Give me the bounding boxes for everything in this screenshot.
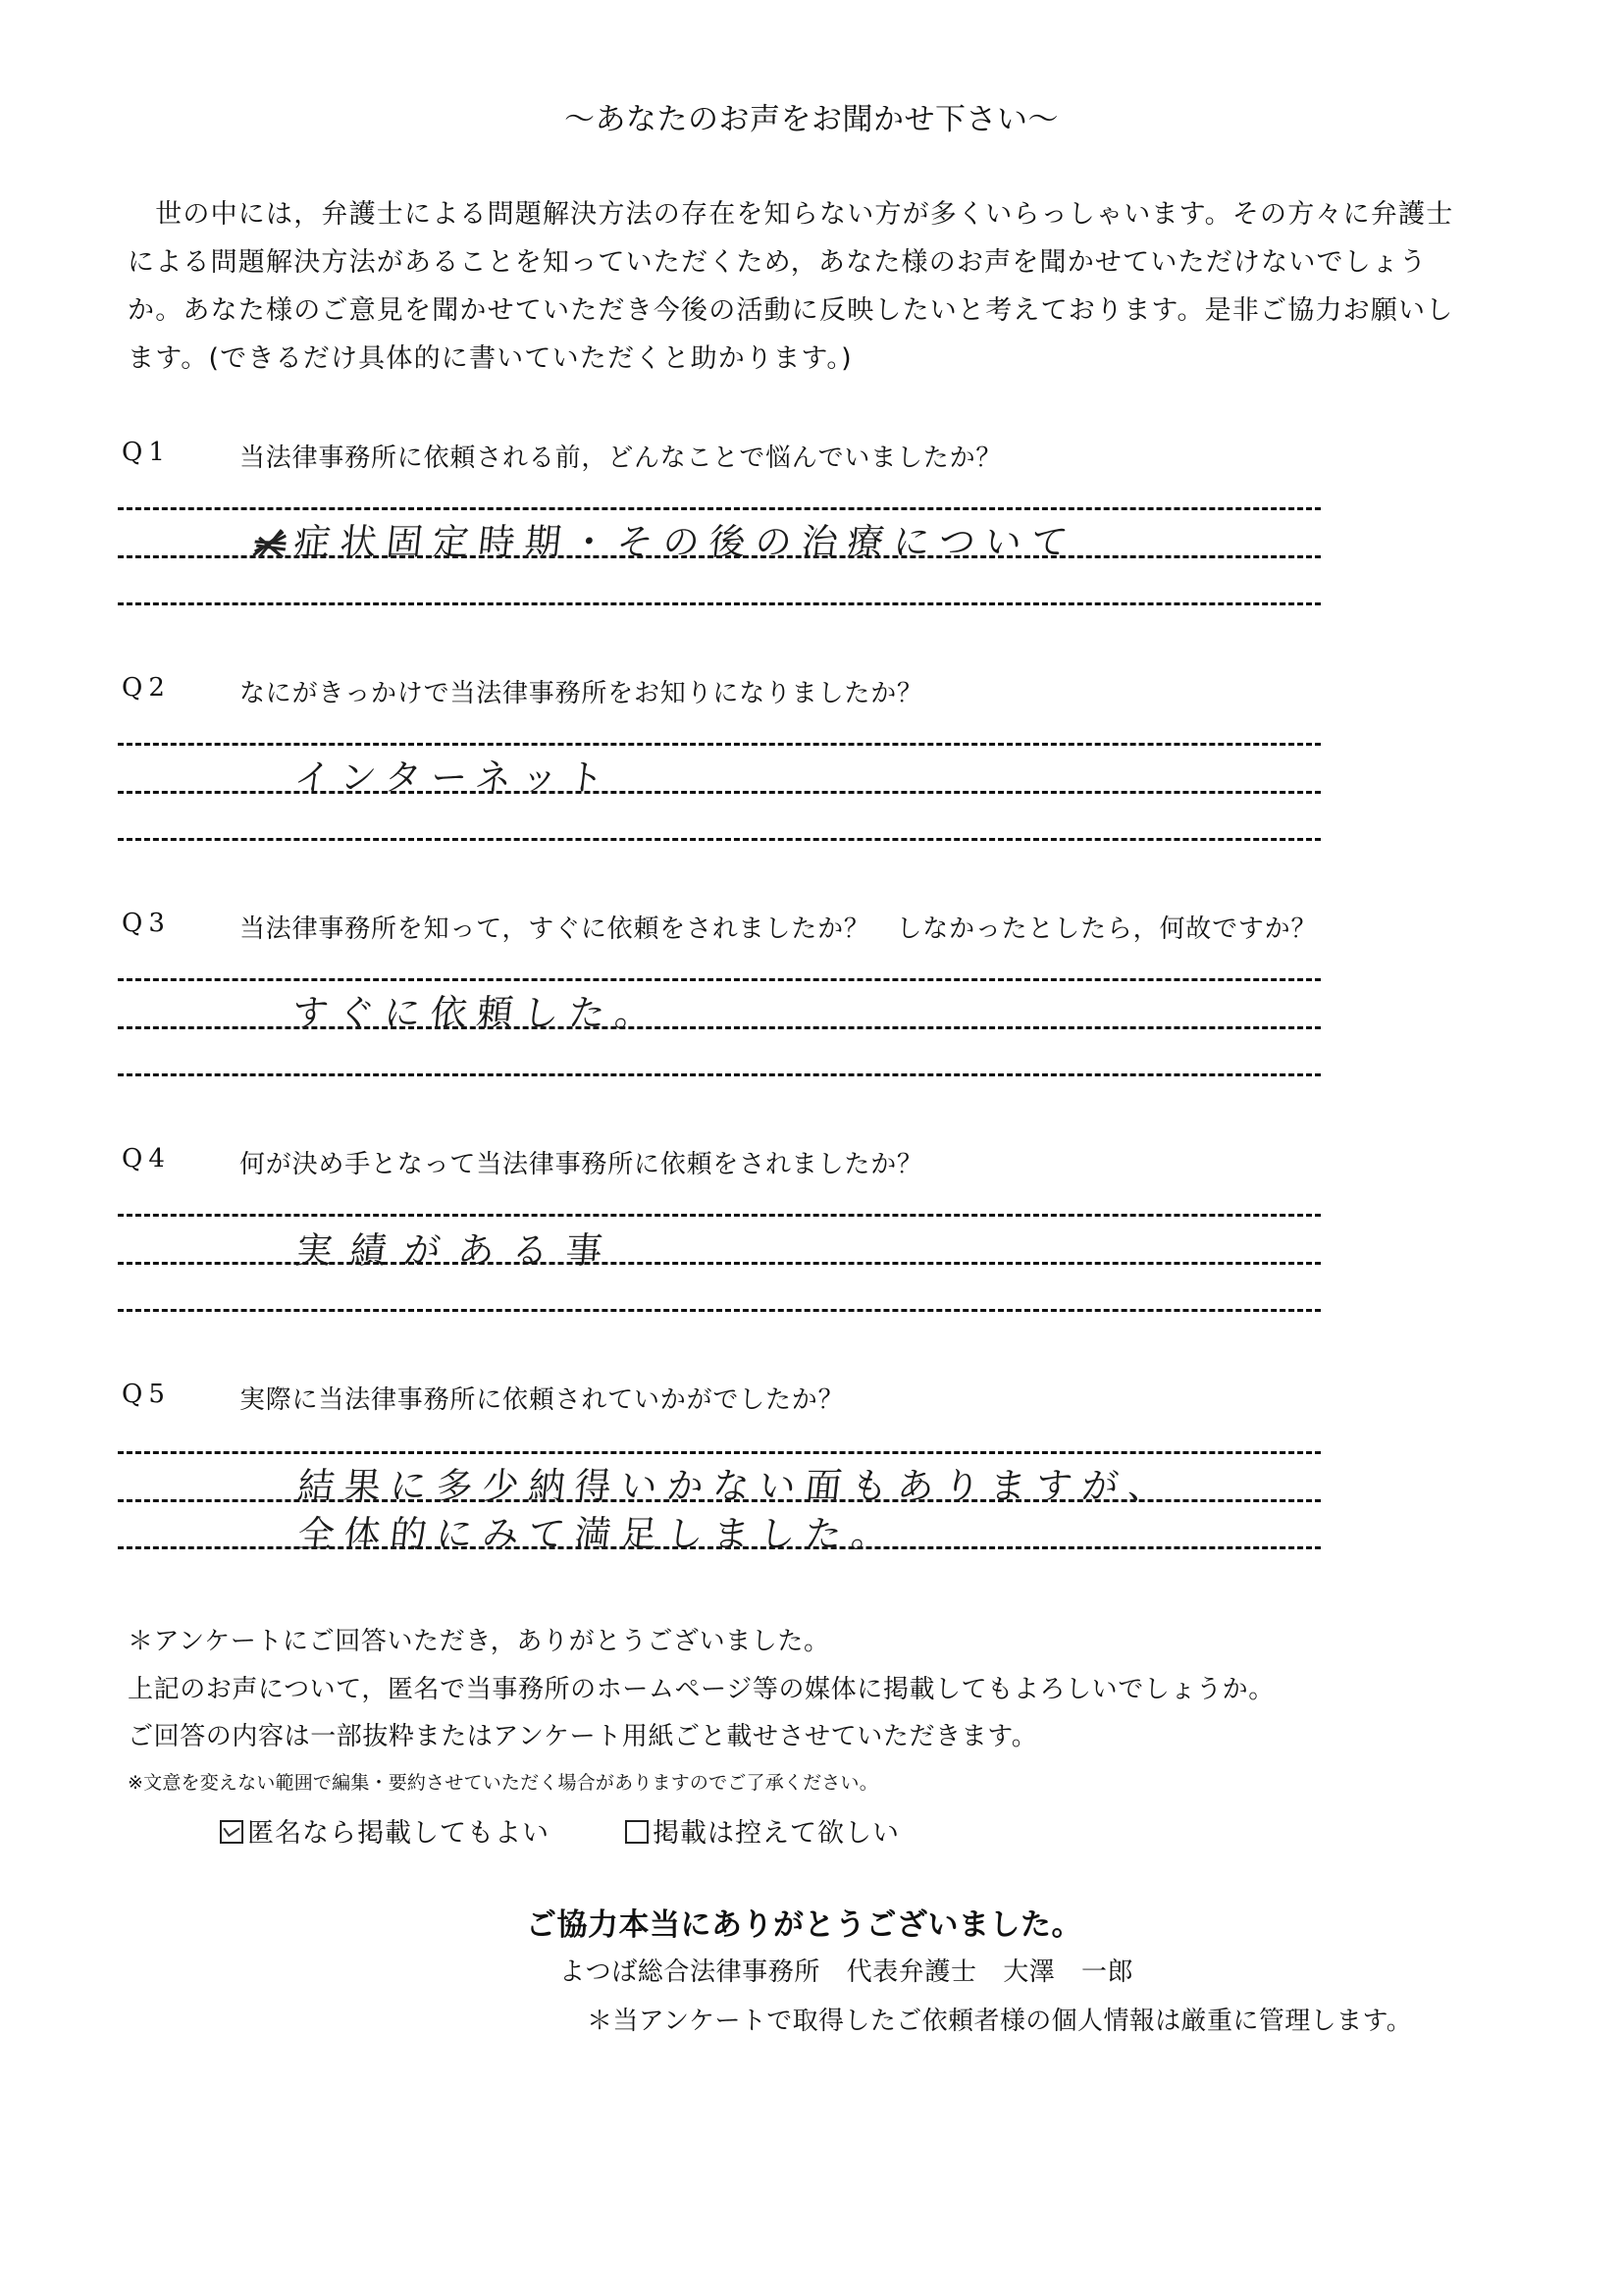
option-decline-publish[interactable]: 掲載は控えて欲しい <box>625 1811 900 1850</box>
handwritten-answer-line-2: 全体的にみて満足しました。 <box>295 1504 901 1557</box>
answer-text: 症状固定時期・その後の治療について <box>291 521 1079 563</box>
handwritten-answer: すぐに依頼した。 <box>289 983 664 1036</box>
checkbox-empty-icon[interactable] <box>625 1820 649 1844</box>
checkbox-checked-icon[interactable] <box>220 1820 243 1844</box>
intro-line-3: か。あなた様のご意見を聞かせていただき今後の活動に反映したいと考えております。是… <box>128 288 1453 327</box>
edit-note: ※文意を変えない範囲で編集・要約させていただく場合がありますのでご了承ください。 <box>128 1768 878 1795</box>
question-label: Q4 <box>122 1144 171 1174</box>
answer-line-1[interactable] <box>118 978 1321 981</box>
answer-line-3[interactable] <box>118 838 1321 841</box>
question-text: 実際に当法律事務所に依頼されていかがでしたか？ <box>239 1380 844 1416</box>
question-text: なにがきっかけで当法律事務所をお知りになりましたか？ <box>239 673 923 709</box>
question-label: Q1 <box>122 438 171 467</box>
option-label: 掲載は控えて欲しい <box>653 1818 900 1849</box>
answer-line-3[interactable] <box>118 602 1321 605</box>
crossed-out-mark-icon <box>251 528 290 561</box>
thanks-note: ＊アンケートにご回答いただき，ありがとうございました。 <box>128 1621 830 1657</box>
survey-title: ～あなたのお声をお聞かせ下さい～ <box>0 94 1623 138</box>
answer-line-1[interactable] <box>118 1451 1321 1454</box>
answer-line-3[interactable] <box>118 1073 1321 1076</box>
handwritten-answer: 実績がある事 <box>293 1221 623 1274</box>
handwritten-answer: インターネット <box>291 748 616 801</box>
question-text: 何が決め手となって当法律事務所に依頼をされましたか？ <box>239 1144 923 1180</box>
office-signature: よつば総合法律事務所 代表弁護士 大澤 一郎 <box>559 1952 1133 1988</box>
handwritten-answer: 症状固定時期・その後の治療について <box>250 512 1080 565</box>
intro-line-1: 世の中には，弁護士による問題解決方法の存在を知らない方が多くいらっしゃいます。そ… <box>128 192 1453 231</box>
question-label: Q3 <box>122 909 171 938</box>
question-text: 当法律事務所に依頼される前，どんなことで悩んでいましたか？ <box>239 438 1002 474</box>
closing-thanks: ご協力本当にありがとうございました。 <box>526 1900 1082 1944</box>
publish-question: 上記のお声について，匿名で当事務所のホームページ等の媒体に掲載してもよろしいでし… <box>128 1669 1275 1705</box>
question-label: Q2 <box>122 673 171 703</box>
answer-line-1[interactable] <box>118 743 1321 746</box>
option-anonymous-ok[interactable]: 匿名なら掲載してもよい <box>220 1811 550 1850</box>
privacy-note: ＊当アンケートで取得したご依頼者様の個人情報は厳重に管理します。 <box>587 2001 1412 2037</box>
answer-line-1[interactable] <box>118 1214 1321 1217</box>
answer-line-3[interactable] <box>118 1309 1321 1312</box>
intro-line-2: による問題解決方法があることを知っていただくため，あなた様のお声を聞かせていただ… <box>128 240 1427 279</box>
publish-detail: ご回答の内容は一部抜粋またはアンケート用紙ごと載せさせていただきます。 <box>128 1716 1037 1752</box>
intro-line-4: ます。(できるだけ具体的に書いていただくと助かります。) <box>128 337 853 375</box>
option-label: 匿名なら掲載してもよい <box>247 1818 550 1849</box>
question-label: Q5 <box>122 1380 171 1409</box>
handwritten-answer-line-1: 結果に多少納得いかない面もありますが、 <box>295 1456 1178 1509</box>
answer-line-1[interactable] <box>118 507 1321 510</box>
question-text: 当法律事務所を知って，すぐに依頼をされましたか？ しなかったとしたら，何故ですか… <box>239 909 1317 945</box>
